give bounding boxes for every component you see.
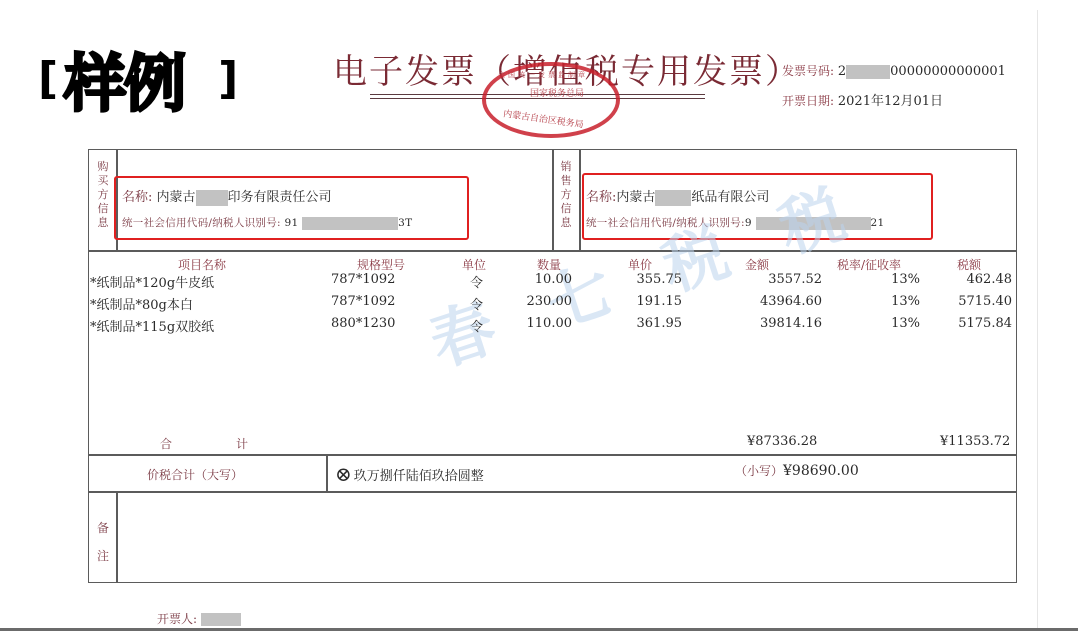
item-tax: 5175.84 — [940, 316, 1012, 331]
buyer-label-char: 买 — [91, 174, 115, 188]
invoice-date-value: 2021年12月01日 — [838, 94, 943, 109]
seller-highlight-box — [582, 173, 933, 240]
item-name: *纸制品*80g本白 — [90, 294, 193, 313]
item-name: *纸制品*120g牛皮纸 — [90, 272, 214, 291]
header-qty: 数量 — [537, 256, 561, 273]
divider — [88, 491, 1017, 493]
sample-bracket-left: [ — [38, 53, 58, 104]
header-tax: 税额 — [957, 256, 981, 273]
divider — [116, 491, 118, 583]
item-unit: 令 — [470, 272, 483, 291]
buyer-label-char: 息 — [91, 216, 115, 230]
item-qty: 110.00 — [520, 316, 572, 331]
sample-text: 样例 — [64, 34, 184, 123]
buyer-highlight-box — [114, 176, 469, 240]
issuer: 开票人: — [157, 610, 241, 627]
grand-total-words-text: 玖万捌仟陆佰玖拾圆整 — [354, 465, 484, 484]
seller-label-char: 售 — [554, 174, 578, 188]
header-price: 单价 — [628, 256, 652, 273]
item-qty: 230.00 — [520, 294, 572, 309]
item-price: 355.75 — [610, 272, 682, 287]
item-unit: 令 — [470, 294, 483, 313]
item-tax: 5715.40 — [940, 294, 1012, 309]
invoice-number-label: 发票号码: — [782, 64, 834, 78]
item-rate: 13% — [860, 316, 920, 331]
seller-label-char: 销 — [554, 160, 578, 174]
seal-arc-text: 全国统一发票监制章 — [498, 70, 588, 80]
invoice-number: 发票号码: 200000000000001 — [782, 62, 1006, 79]
seal-top-text: 国家税务总局 — [530, 86, 584, 99]
item-price: 191.15 — [610, 294, 682, 309]
divider — [88, 454, 1017, 456]
header-spec: 规格型号 — [357, 256, 405, 273]
page-edge — [1037, 10, 1038, 631]
divider — [326, 454, 328, 492]
item-unit: 令 — [470, 316, 483, 335]
issuer-label: 开票人: — [157, 612, 197, 626]
invoice-number-prefix: 2 — [838, 64, 846, 79]
grand-total-words: ⊗ 玖万捌仟陆佰玖拾圆整 — [335, 462, 484, 486]
grand-total-small-label: （小写） — [735, 464, 783, 478]
total-amount: ¥87336.28 — [747, 434, 817, 449]
header-rate: 税率/征收率 — [837, 256, 901, 273]
redacted-block — [201, 613, 241, 626]
total-tax: ¥11353.72 — [940, 434, 1010, 449]
buyer-label-char: 购 — [91, 160, 115, 174]
remarks-label: 备 注 — [91, 514, 115, 570]
item-amount: 39814.16 — [720, 316, 822, 331]
item-amount: 3557.52 — [720, 272, 822, 287]
item-spec: 880*1230 — [331, 316, 395, 331]
item-tax: 462.48 — [940, 272, 1012, 287]
item-qty: 10.00 — [520, 272, 572, 287]
invoice-date-label: 开票日期: — [782, 94, 834, 108]
item-rate: 13% — [860, 294, 920, 309]
grand-total-figure: （小写）¥98690.00 — [735, 462, 859, 479]
total-label-1: 合 — [160, 435, 172, 452]
header-item-name: 项目名称 — [178, 256, 226, 273]
header-amount: 金额 — [745, 256, 769, 273]
sample-label: [ 样例 ] — [38, 38, 238, 118]
item-spec: 787*1092 — [331, 272, 395, 287]
item-amount: 43964.60 — [720, 294, 822, 309]
seller-label-char: 信 — [554, 202, 578, 216]
remarks-label-char: 备 — [91, 514, 115, 542]
invoice-number-suffix: 00000000000001 — [890, 64, 1006, 79]
redacted-block — [846, 65, 890, 79]
item-spec: 787*1092 — [331, 294, 395, 309]
seller-label-char: 方 — [554, 188, 578, 202]
sample-bracket-right: ] — [218, 53, 238, 104]
seller-label-char: 息 — [554, 216, 578, 230]
buyer-section-label: 购 买 方 信 息 — [91, 160, 115, 230]
grand-total-label: 价税合计（大写） — [147, 466, 243, 483]
item-price: 361.95 — [610, 316, 682, 331]
total-label-2: 计 — [236, 435, 248, 452]
remarks-label-char: 注 — [91, 542, 115, 570]
buyer-label-char: 信 — [91, 202, 115, 216]
buyer-label-char: 方 — [91, 188, 115, 202]
item-rate: 13% — [860, 272, 920, 287]
header-unit: 单位 — [462, 256, 486, 273]
divider — [579, 149, 581, 251]
cross-circle-icon: ⊗ — [335, 462, 352, 486]
grand-total-figure-value: ¥98690.00 — [783, 463, 859, 479]
seller-section-label: 销 售 方 信 息 — [554, 160, 578, 230]
invoice-date: 开票日期: 2021年12月01日 — [782, 90, 943, 109]
item-name: *纸制品*115g双胶纸 — [90, 316, 214, 335]
